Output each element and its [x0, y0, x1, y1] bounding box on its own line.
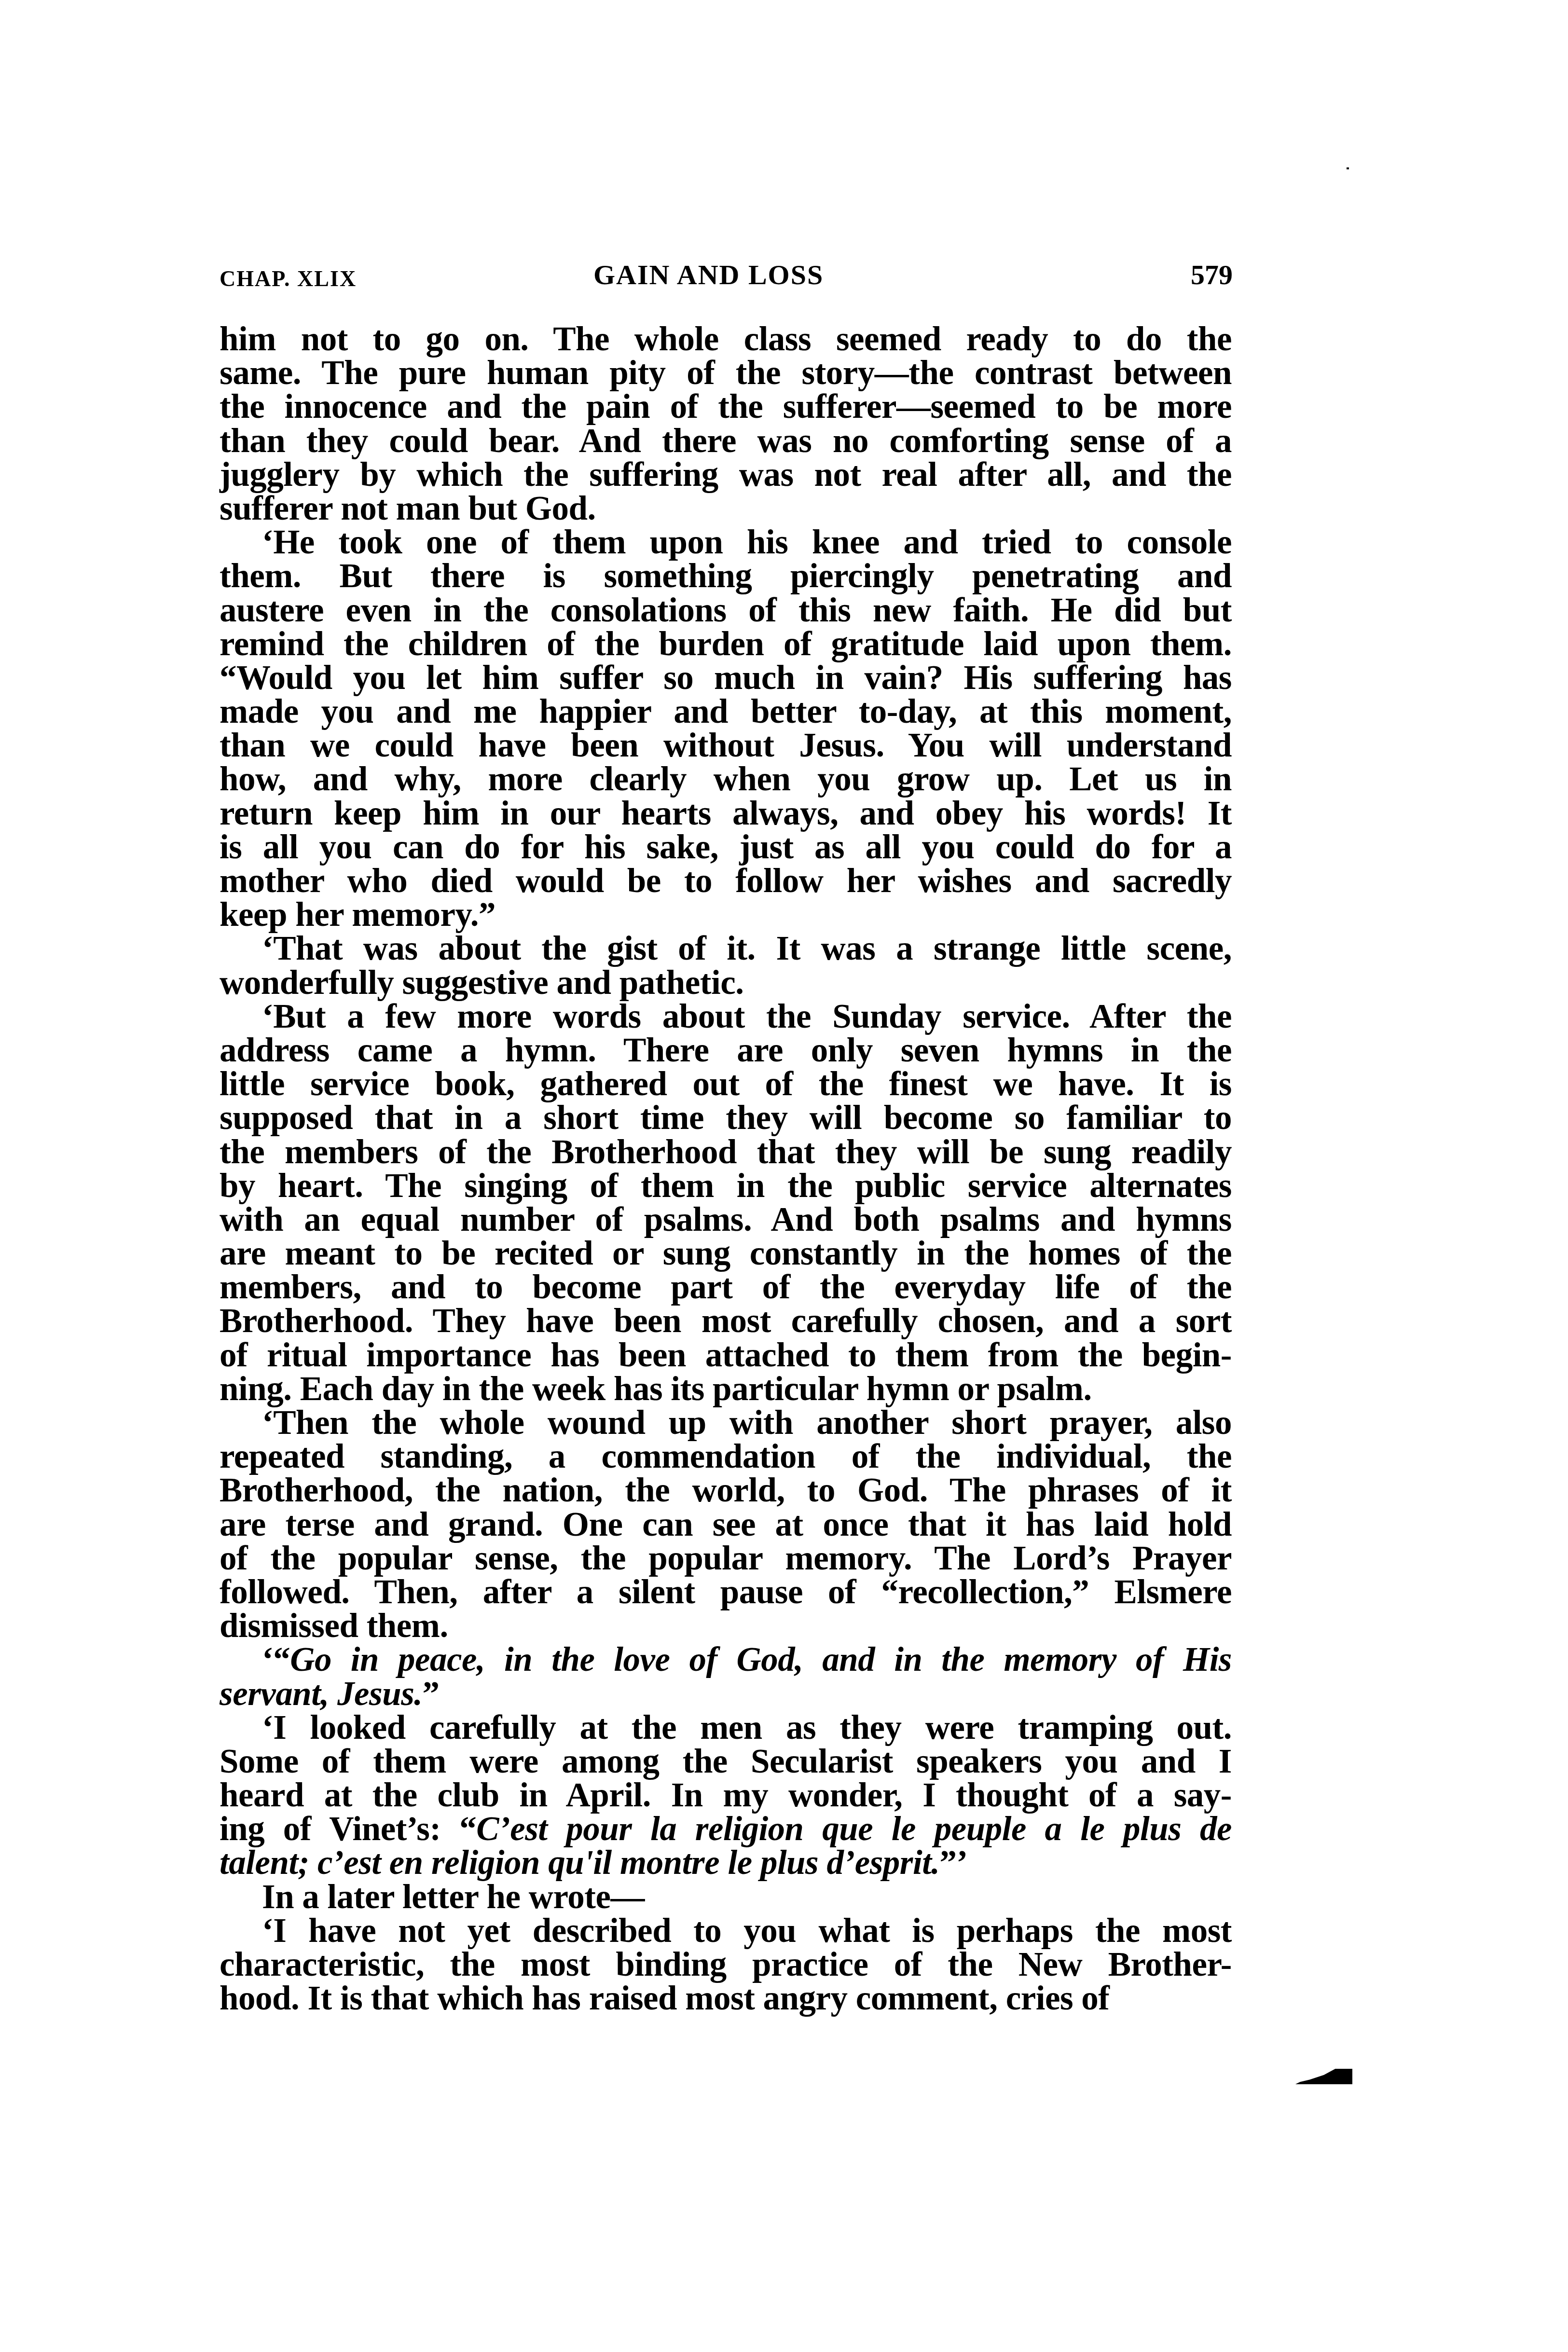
text-line: repeated standing, a commendation of the… [220, 1440, 1232, 1473]
text-line: return keep him in our hearts always, an… [220, 797, 1232, 830]
text-line: dismissed them. [220, 1609, 1232, 1643]
text-segment: ”’ [940, 1844, 968, 1882]
text-line: ‘I looked carefully at the men as they w… [220, 1711, 1232, 1745]
paragraph: him not to go on. The whole class seemed… [220, 322, 1232, 525]
paragraph: ‘But a few more words about the Sunday s… [220, 1000, 1232, 1406]
book-page: CHAP. XLIX GAIN AND LOSS 579 him not to … [0, 0, 1568, 2352]
text-line: address came a hymn. There are only seve… [220, 1033, 1232, 1067]
text-line: by heart. The singing of them in the pub… [220, 1169, 1232, 1203]
text-segment: ‘But a few more words about the Sunday s… [262, 998, 1232, 1035]
italic-text: C’est pour la religion que le peuple a l… [476, 1810, 1232, 1848]
text-line: hood. It is that which has raised most a… [220, 1981, 1232, 2015]
text-segment: “Would you let him suffer so much in vai… [220, 659, 1232, 697]
text-segment: repeated standing, a commendation of the… [220, 1438, 1232, 1475]
text-segment: ning. Each day in the week has its parti… [220, 1370, 1092, 1408]
text-line: ‘“Go in peace, in the love of God, and i… [220, 1643, 1232, 1677]
text-segment: is all you can do for his sake, just as … [220, 828, 1232, 866]
text-line: characteristic, the most binding practic… [220, 1948, 1232, 1981]
text-segment: ‘“ [262, 1641, 290, 1678]
text-segment: ‘I have not yet described to you what is… [262, 1912, 1232, 1950]
text-line: ‘He took one of them upon his knee and t… [220, 525, 1232, 559]
text-line: In a later letter he wrote— [220, 1880, 1232, 1914]
text-line: remind the children of the burden of gra… [220, 627, 1232, 661]
text-line: are meant to be recited or sung constant… [220, 1237, 1232, 1270]
text-line: ‘But a few more words about the Sunday s… [220, 1000, 1232, 1033]
text-segment: austere even in the consolations of this… [220, 591, 1232, 629]
text-line: made you and me happier and better to-da… [220, 695, 1232, 729]
running-head: CHAP. XLIX GAIN AND LOSS 579 [220, 258, 1233, 292]
paragraph: ‘That was about the gist of it. It was a… [220, 932, 1232, 999]
text-segment: little service book, gathered out of the… [220, 1065, 1232, 1103]
text-line: supposed that in a short time they will … [220, 1101, 1232, 1135]
text-segment: of ritual importance has been attached t… [220, 1336, 1232, 1374]
running-title: GAIN AND LOSS [593, 258, 824, 292]
text-segment: made you and me happier and better to-da… [220, 693, 1232, 730]
italic-text: talent; c’est en religion qu'il montre l… [220, 1844, 940, 1882]
text-segment: mother who died would be to follow her w… [220, 862, 1232, 900]
text-segment: wonderfully suggestive and pathetic. [220, 964, 744, 1002]
text-segment: than they could bear. And there was no c… [220, 422, 1232, 460]
text-segment: by heart. The singing of them in the pub… [220, 1167, 1232, 1205]
text-segment: heard at the club in April. In my wonder… [220, 1776, 1232, 1814]
text-line: mother who died would be to follow her w… [220, 864, 1232, 898]
text-line: heard at the club in April. In my wonder… [220, 1778, 1232, 1812]
text-line: wonderfully suggestive and pathetic. [220, 966, 1232, 1000]
text-segment: sufferer not man but God. [220, 490, 596, 527]
text-segment: jugglery by which the suffering was not … [220, 456, 1232, 494]
text-line: jugglery by which the suffering was not … [220, 458, 1232, 492]
text-segment: the members of the Brotherhood that they… [220, 1133, 1232, 1171]
text-line: than we could have been without Jesus. Y… [220, 729, 1232, 762]
text-line: are terse and grand. One can see at once… [220, 1508, 1232, 1541]
text-line: how, and why, more clearly when you grow… [220, 762, 1232, 796]
text-line: than they could bear. And there was no c… [220, 424, 1232, 458]
text-line: ‘Then the whole wound up with another sh… [220, 1406, 1232, 1440]
text-segment: how, and why, more clearly when you grow… [220, 760, 1232, 798]
text-segment: followed. Then, after a silent pause of … [220, 1573, 1232, 1611]
text-segment: him not to go on. The whole class seemed… [220, 320, 1232, 358]
text-line: members, and to become part of the every… [220, 1270, 1232, 1304]
text-line: him not to go on. The whole class seemed… [220, 322, 1232, 356]
text-segment: hood. It is that which has raised most a… [220, 1980, 1110, 2017]
text-segment: address came a hymn. There are only seve… [220, 1032, 1232, 1069]
text-line: them. But there is something piercingly … [220, 559, 1232, 593]
paragraph: ‘I looked carefully at the men as they w… [220, 1711, 1232, 1880]
text-line: Brotherhood. They have been most careful… [220, 1304, 1232, 1338]
text-line: sufferer not man but God. [220, 492, 1232, 525]
text-line: keep her memory.” [220, 898, 1232, 932]
text-line: the members of the Brotherhood that they… [220, 1135, 1232, 1169]
text-line: “Would you let him suffer so much in vai… [220, 661, 1232, 695]
text-line: ‘I have not yet described to you what is… [220, 1914, 1232, 1948]
text-line: ning. Each day in the week has its parti… [220, 1372, 1232, 1406]
text-segment: are meant to be recited or sung constant… [220, 1235, 1232, 1272]
text-segment: ing of Vinet’s: “ [220, 1810, 476, 1848]
text-segment: same. The pure human pity of the story—t… [220, 354, 1232, 392]
text-line: of the popular sense, the popular memory… [220, 1541, 1232, 1575]
text-line: Some of them were among the Secularist s… [220, 1745, 1232, 1778]
text-line: is all you can do for his sake, just as … [220, 830, 1232, 864]
text-line: same. The pure human pity of the story—t… [220, 356, 1232, 390]
text-line: little service book, gathered out of the… [220, 1067, 1232, 1101]
text-segment: are terse and grand. One can see at once… [220, 1506, 1232, 1543]
text-segment: In a later letter he wrote— [262, 1878, 645, 1916]
text-line: with an equal number of psalms. And both… [220, 1203, 1232, 1237]
text-segment: characteristic, the most binding practic… [220, 1946, 1232, 1983]
paragraph: In a later letter he wrote— [220, 1880, 1232, 1914]
text-segment: ‘He took one of them upon his knee and t… [262, 523, 1232, 561]
text-segment: remind the children of the burden of gra… [220, 625, 1232, 663]
italic-text: Go in peace, in the love of God, and in … [290, 1641, 1232, 1678]
text-line: austere even in the consolations of this… [220, 593, 1232, 627]
text-line: the innocence and the pain of the suffer… [220, 390, 1232, 424]
text-segment: than we could have been without Jesus. Y… [220, 727, 1232, 764]
chapter-label: CHAP. XLIX [220, 262, 357, 296]
text-segment: Brotherhood. They have been most careful… [220, 1302, 1232, 1340]
italic-text: servant, Jesus. [220, 1675, 423, 1713]
text-line: talent; c’est en religion qu'il montre l… [220, 1846, 1232, 1880]
text-segment: the innocence and the pain of the suffer… [220, 388, 1232, 426]
text-line: ing of Vinet’s: “C’est pour la religion … [220, 1812, 1232, 1846]
text-line: ‘That was about the gist of it. It was a… [220, 932, 1232, 965]
text-line: servant, Jesus.” [220, 1677, 1232, 1711]
body-text: him not to go on. The whole class seemed… [220, 322, 1232, 2015]
text-segment: supposed that in a short time they will … [220, 1099, 1232, 1137]
catchword-mark [1295, 2069, 1352, 2084]
text-line: followed. Then, after a silent pause of … [220, 1575, 1232, 1609]
print-speck [1347, 167, 1349, 169]
text-segment: members, and to become part of the every… [220, 1268, 1232, 1306]
text-line: of ritual importance has been attached t… [220, 1338, 1232, 1372]
text-segment: Some of them were among the Secularist s… [220, 1743, 1232, 1780]
text-segment: ‘That was about the gist of it. It was a… [262, 930, 1232, 967]
text-segment: ‘Then the whole wound up with another sh… [262, 1404, 1232, 1442]
paragraph: ‘He took one of them upon his knee and t… [220, 525, 1232, 932]
text-line: Brotherhood, the nation, the world, to G… [220, 1473, 1232, 1507]
page-number: 579 [1191, 258, 1233, 292]
text-segment: keep her memory.” [220, 896, 495, 934]
text-segment: dismissed them. [220, 1607, 448, 1645]
text-segment: of the popular sense, the popular memory… [220, 1540, 1232, 1577]
text-segment: ” [423, 1675, 440, 1713]
paragraph: ‘Then the whole wound up with another sh… [220, 1406, 1232, 1643]
text-segment: with an equal number of psalms. And both… [220, 1201, 1232, 1238]
text-segment: ‘I looked carefully at the men as they w… [262, 1709, 1232, 1747]
text-segment: them. But there is something piercingly … [220, 557, 1232, 595]
text-segment: Brotherhood, the nation, the world, to G… [220, 1472, 1232, 1509]
paragraph: ‘“Go in peace, in the love of God, and i… [220, 1643, 1232, 1710]
paragraph: ‘I have not yet described to you what is… [220, 1914, 1232, 2016]
text-segment: return keep him in our hearts always, an… [220, 795, 1232, 832]
